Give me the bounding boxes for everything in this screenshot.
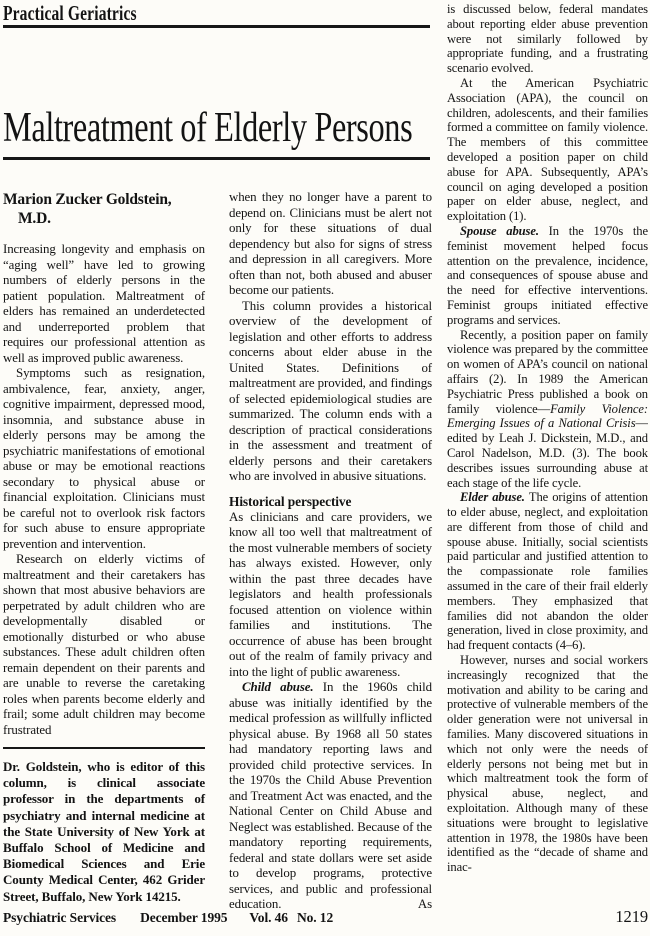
issue-date: December 1995 xyxy=(140,910,227,926)
body-paragraph: Elder abuse. The origins of attention to… xyxy=(447,490,648,653)
body-paragraph: As clinicians and care providers, we kno… xyxy=(229,510,432,681)
runin-heading-child-abuse: Child abuse. xyxy=(242,680,323,694)
two-column-body: Marion Zucker Goldstein, M.D. Increasing… xyxy=(3,190,432,913)
author-line1: Marion Zucker Goldstein, xyxy=(3,190,205,209)
article-title: Maltreatment of Elderly Persons xyxy=(3,104,412,152)
author-line2: M.D. xyxy=(3,209,205,228)
volume-label: Vol. 46 xyxy=(249,910,288,926)
column-3: is discussed below, federal mandates abo… xyxy=(447,2,648,908)
column-kicker: Practical Geriatrics xyxy=(3,1,137,26)
body-paragraph: Child abuse. In the 1960s child abuse wa… xyxy=(229,680,432,913)
paragraph-text: In the 1960s child abuse was initially i… xyxy=(229,680,432,911)
section-heading: Historical perspective xyxy=(229,494,432,510)
body-paragraph: Increasing longevity and emphasis on “ag… xyxy=(3,242,205,366)
column-2: when they no longer have a parent to dep… xyxy=(229,190,432,913)
body-paragraph: Research on elderly victims of maltreatm… xyxy=(3,552,205,738)
body-paragraph: Symptoms such as resignation, ambivalenc… xyxy=(3,366,205,552)
page-number: 1219 xyxy=(615,907,648,927)
author-name: Marion Zucker Goldstein, M.D. xyxy=(3,190,205,228)
footnote-divider xyxy=(3,747,205,749)
paragraph-text: The origins of attention to elder abuse,… xyxy=(447,490,648,652)
author-footnote: Dr. Goldstein, who is editor of this col… xyxy=(3,759,205,905)
body-paragraph: Recently, a position paper on family vio… xyxy=(447,328,648,491)
issue-number: No. 12 xyxy=(297,910,333,926)
column-1: Marion Zucker Goldstein, M.D. Increasing… xyxy=(3,190,205,913)
runin-heading-elder-abuse: Elder abuse. xyxy=(460,490,529,504)
page-footer: Psychiatric Services December 1995 Vol. … xyxy=(3,907,648,927)
body-paragraph: is discussed below, federal mandates abo… xyxy=(447,2,648,76)
journal-page: Practical Geriatrics Maltreatment of Eld… xyxy=(0,0,650,936)
left-region: Practical Geriatrics Maltreatment of Eld… xyxy=(3,0,432,936)
body-paragraph: Spouse abuse. In the 1970s the feminist … xyxy=(447,224,648,328)
header-rule xyxy=(3,25,430,28)
body-paragraph: This column provides a historical overvi… xyxy=(229,299,432,485)
title-rule xyxy=(3,157,430,160)
paragraph-text: In the 1970s the feminist movement helpe… xyxy=(447,224,648,327)
body-paragraph: when they no longer have a parent to dep… xyxy=(229,190,432,299)
runin-heading-spouse-abuse: Spouse abuse. xyxy=(460,224,549,238)
body-paragraph: At the American Psychiatric Association … xyxy=(447,76,648,224)
body-paragraph: However, nurses and social workers incre… xyxy=(447,653,648,875)
journal-name: Psychiatric Services xyxy=(3,910,116,926)
